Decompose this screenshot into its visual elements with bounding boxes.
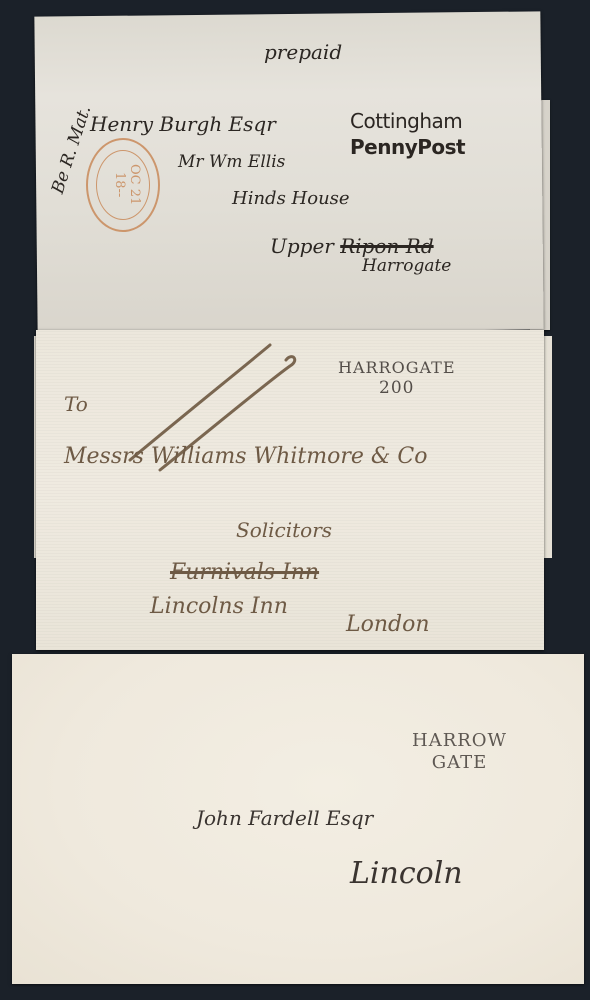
cover-2-address-line-5: London: [346, 612, 430, 637]
cover-3-town: Lincoln: [350, 856, 463, 891]
cover-2-addressee: Messrs Williams Whitmore & Co: [64, 444, 428, 469]
handstamp-mileage: 200: [338, 378, 456, 398]
handstamp-line-1: HARROW: [412, 730, 507, 752]
harrowgate-handstamp: HARROW GATE: [412, 730, 507, 774]
handstamp-line-2: GATE: [412, 752, 507, 774]
cover-2-to-prefix: To: [64, 392, 88, 416]
handstamp-town: HARROGATE: [338, 358, 456, 378]
cover-2-struck-address: Furnivals Inn: [170, 560, 319, 585]
cover-2-address-line-4: Lincolns Inn: [150, 594, 288, 619]
cover-2-address-line-2: Solicitors: [236, 518, 332, 542]
harrogate-200-handstamp: HARROGATE 200: [338, 358, 456, 398]
cover-3-addressee: John Fardell Esqr: [196, 806, 373, 830]
